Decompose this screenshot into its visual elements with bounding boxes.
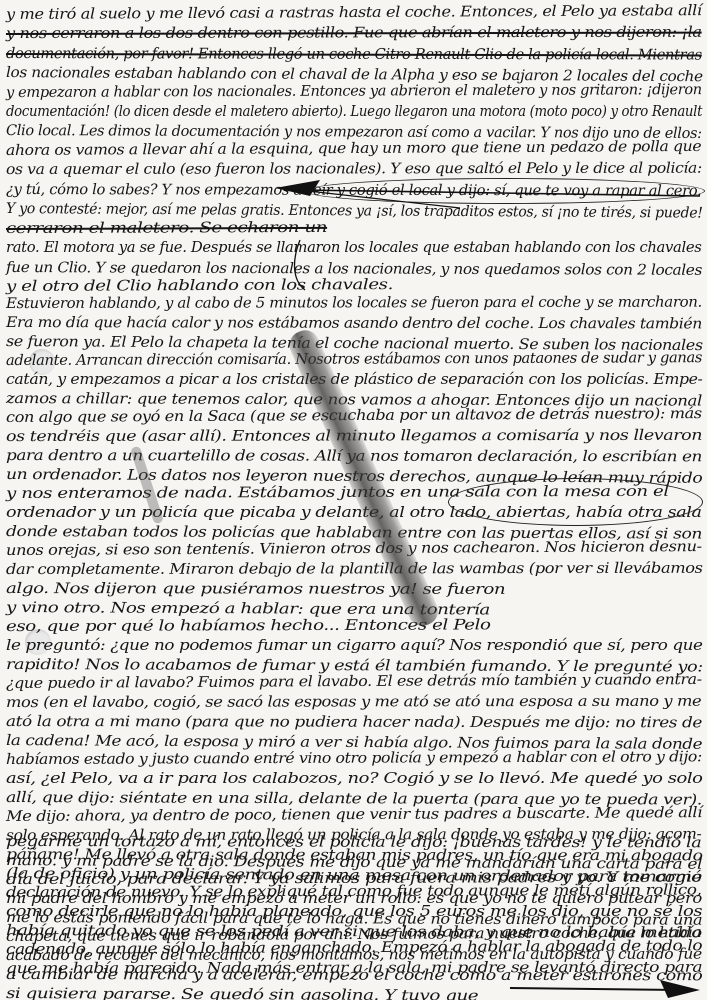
right-arrow-icon: [510, 980, 700, 998]
handwritten-page: y me tiró al suelo y me llevó casi a ras…: [0, 0, 707, 1000]
insertion-bracket: [295, 240, 305, 290]
left-arrow-icon: [275, 180, 700, 208]
annotation-arrows: [0, 0, 707, 1000]
